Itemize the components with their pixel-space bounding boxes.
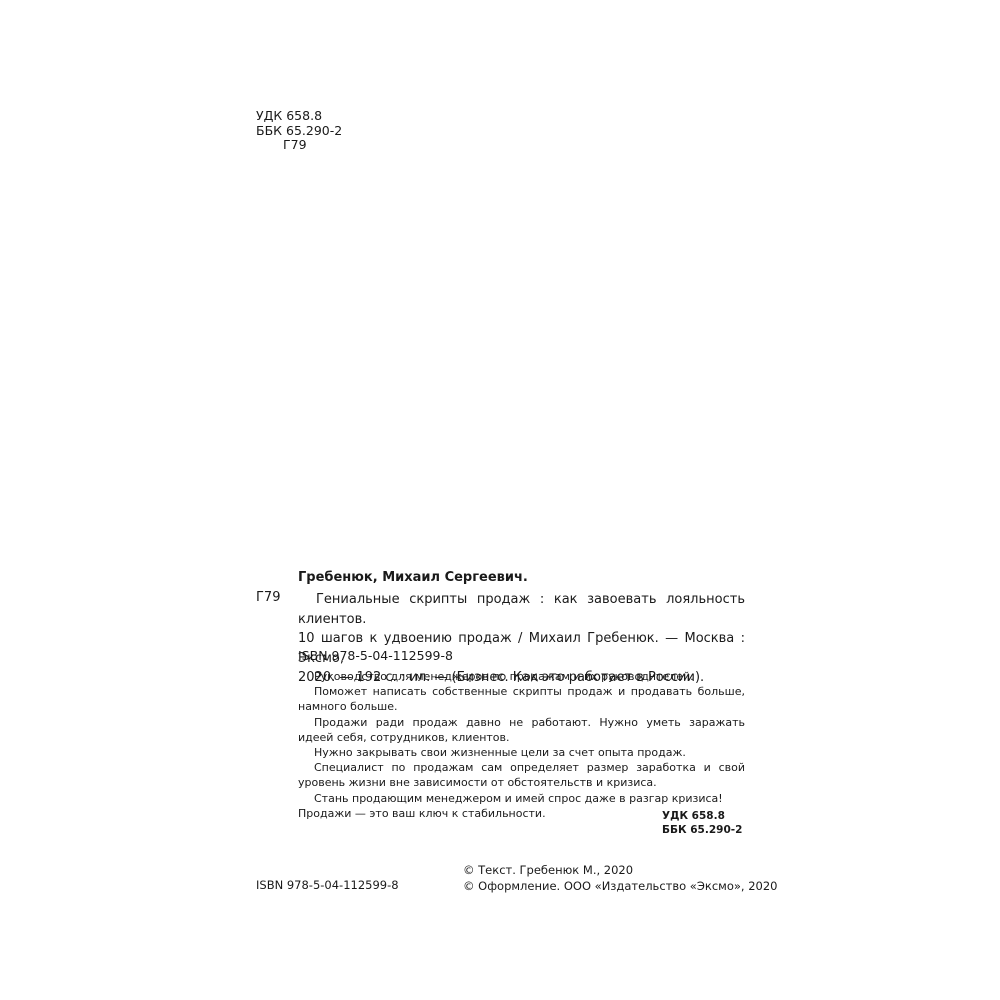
annotation-paragraph: Нужно закрывать свои жизненные цели за с… bbox=[298, 745, 745, 760]
annotation: Руководство для менеджеров по продажам и… bbox=[298, 669, 745, 821]
footer-udk-code: УДК 658.8 bbox=[662, 809, 742, 823]
annotation-paragraph: Поможет написать собственные скрипты про… bbox=[298, 684, 745, 714]
footer-bbk-code: ББК 65.290-2 bbox=[662, 823, 742, 837]
author-mark: Г79 bbox=[256, 138, 342, 153]
record-author: Гребенюк, Михаил Сергеевич. bbox=[298, 570, 528, 585]
copyright-design: © Оформление. ООО «Издательство «Эксмо»,… bbox=[463, 878, 777, 894]
copyright-block: © Текст. Гребенюк М., 2020 © Оформление.… bbox=[463, 862, 777, 894]
annotation-paragraph: Руководство для менеджеров по продажам и… bbox=[298, 669, 745, 684]
copyright-text: © Текст. Гребенюк М., 2020 bbox=[463, 862, 777, 878]
record-author-mark: Г79 bbox=[256, 590, 280, 605]
udk-code: УДК 658.8 bbox=[256, 109, 342, 124]
annotation-paragraph: Продажи ради продаж давно не работают. Н… bbox=[298, 715, 745, 745]
record-isbn: ISBN 978-5-04-112599-8 bbox=[298, 648, 453, 663]
top-classification-codes: УДК 658.8 ББК 65.290-2 Г79 bbox=[256, 109, 342, 153]
bbk-code: ББК 65.290-2 bbox=[256, 124, 342, 139]
annotation-paragraph: Стань продающим менеджером и имей спрос … bbox=[298, 791, 745, 806]
bottom-isbn: ISBN 978-5-04-112599-8 bbox=[256, 878, 399, 892]
footer-classification-codes: УДК 658.8 ББК 65.290-2 bbox=[662, 809, 742, 837]
description-line-1: Гениальные скрипты продаж : как завоеват… bbox=[298, 590, 745, 629]
annotation-paragraph: Специалист по продажам сам определяет ра… bbox=[298, 760, 745, 790]
